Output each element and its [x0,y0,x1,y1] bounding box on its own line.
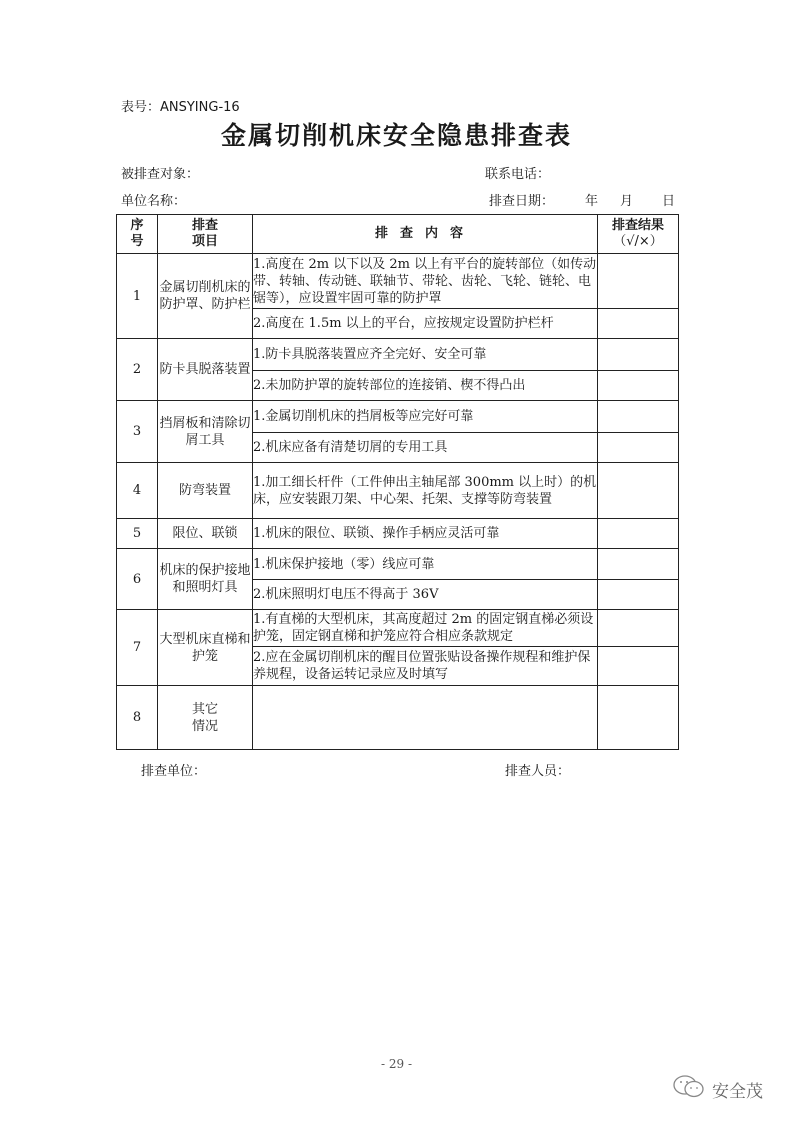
row-content: 2.应在金属切削机床的醒目位置张贴设备操作规程和维护保养规程，设备运转记录应及时… [253,647,598,686]
table-row: 6 机床的保护接地和照明灯具 1.机床保护接地（零）线应可靠 [117,549,679,580]
row-seq: 5 [117,519,158,549]
table-row: 7 大型机床直梯和护笼 1.有直梯的大型机床，其高度超过 2m 的固定钢直梯必须… [117,610,679,647]
page-number: - 29 - [0,1057,793,1071]
result-cell[interactable] [598,549,679,580]
table-row: 8 其它情况 [117,686,679,750]
result-cell[interactable] [598,309,679,339]
row-seq: 6 [117,549,158,610]
result-cell[interactable] [598,339,679,371]
row-content: 1.有直梯的大型机床，其高度超过 2m 的固定钢直梯必须设护笼，固定钢直梯和护笼… [253,610,598,647]
row-item: 防弯装置 [158,463,253,519]
row-content: 2.未加防护罩的旋转部位的连接销、楔不得凸出 [253,371,598,401]
month-label: 月 [620,190,633,209]
row-item: 防卡具脱落装置 [158,339,253,401]
unit-name-label: 单位名称： [121,190,186,209]
column-header-item: 排查项目 [158,215,253,254]
column-header-result: 排查结果（√/×） [598,215,679,254]
watermark-text: 安全茂 [712,1077,763,1102]
row-content: 1.加工细长杆件（工件伸出主轴尾部 300mm 以上时）的机床，应安装跟刀架、中… [253,463,598,519]
table-row: 3 挡屑板和清除切屑工具 1.金属切削机床的挡屑板等应完好可靠 [117,401,679,433]
inspector-label: 排查人员： [505,760,570,779]
row-item: 限位、联锁 [158,519,253,549]
result-cell[interactable] [598,686,679,750]
watermark: 安全茂 [672,1074,763,1105]
row-item: 挡屑板和清除切屑工具 [158,401,253,463]
page-title: 金属切削机床安全隐患排查表 [0,116,793,152]
row-item: 其它情况 [158,686,253,750]
inspection-unit-label: 排查单位： [141,760,206,779]
table-row: 5 限位、联锁 1.机床的限位、联锁、操作手柄应灵活可靠 [117,519,679,549]
column-header-seq: 序号 [117,215,158,254]
table-row: 1 金属切削机床的防护罩、防护栏 1.高度在 2m 以下以及 2m 以上有平台的… [117,254,679,309]
row-content: 1.机床保护接地（零）线应可靠 [253,549,598,580]
table-header-row: 序号 排查项目 排查内容 排查结果（√/×） [117,215,679,254]
result-cell[interactable] [598,463,679,519]
result-cell[interactable] [598,433,679,463]
result-cell[interactable] [598,519,679,549]
row-seq: 7 [117,610,158,686]
inspection-checklist-table: 序号 排查项目 排查内容 排查结果（√/×） 1 金属切削机床的防护罩、防护栏 … [116,214,679,750]
result-cell[interactable] [598,647,679,686]
row-seq: 4 [117,463,158,519]
form-number: 表号：ANSYING-16 [121,96,240,115]
other-notes-cell[interactable] [253,686,598,750]
table-row: 4 防弯装置 1.加工细长杆件（工件伸出主轴尾部 300mm 以上时）的机床，应… [117,463,679,519]
wechat-icon [672,1074,706,1105]
row-content: 2.机床应备有清楚切屑的专用工具 [253,433,598,463]
inspected-object-label: 被排查对象： [121,163,199,182]
row-item: 金属切削机床的防护罩、防护栏 [158,254,253,339]
result-cell[interactable] [598,401,679,433]
row-seq: 2 [117,339,158,401]
row-content: 2.高度在 1.5m 以上的平台，应按规定设置防护栏杆 [253,309,598,339]
column-header-content: 排查内容 [253,215,598,254]
row-seq: 8 [117,686,158,750]
table-row: 2 防卡具脱落装置 1.防卡具脱落装置应齐全完好、安全可靠 [117,339,679,371]
row-item: 机床的保护接地和照明灯具 [158,549,253,610]
row-seq: 1 [117,254,158,339]
result-cell[interactable] [598,254,679,309]
inspection-date-label: 排查日期： [489,190,554,209]
day-label: 日 [662,190,675,209]
result-cell[interactable] [598,371,679,401]
row-content: 1.机床的限位、联锁、操作手柄应灵活可靠 [253,519,598,549]
row-seq: 3 [117,401,158,463]
result-cell[interactable] [598,580,679,610]
year-label: 年 [585,190,598,209]
contact-phone-label: 联系电话： [485,163,550,182]
row-item: 大型机床直梯和护笼 [158,610,253,686]
row-content: 1.金属切削机床的挡屑板等应完好可靠 [253,401,598,433]
row-content: 1.高度在 2m 以下以及 2m 以上有平台的旋转部位（如传动带、转轴、传动链、… [253,254,598,309]
result-cell[interactable] [598,610,679,647]
row-content: 2.机床照明灯电压不得高于 36V [253,580,598,610]
row-content: 1.防卡具脱落装置应齐全完好、安全可靠 [253,339,598,371]
